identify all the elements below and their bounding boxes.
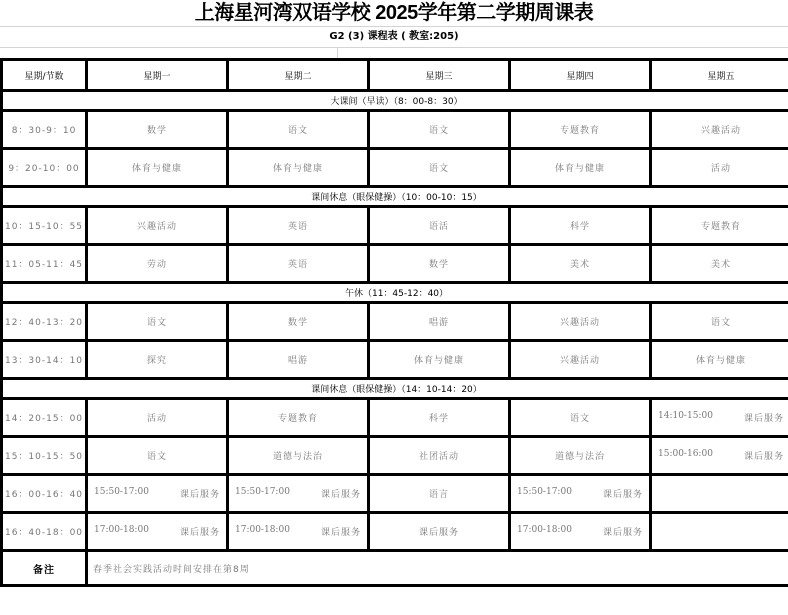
period-time: 15：10-15：50 [2, 437, 87, 475]
after-school-label: 课后服务 [321, 525, 361, 538]
after-school-time: 15:50-17:00 [94, 487, 149, 497]
class-cell: 活动 [651, 149, 788, 187]
break-row: 午休（11：45-12：40） [2, 283, 788, 303]
class-cell: 体育与健康 [228, 149, 369, 187]
class-cell: 语文 [369, 111, 510, 149]
after-school-cell: 17:00-18:00 课后服务 [228, 513, 369, 551]
period-row: 16：00-16：40 15:50-17:00 课后服务 15:50-17:00… [2, 475, 788, 513]
timetable: 星期/节数 星期一 星期二 星期三 星期四 星期五 大课间（早读）（8：00-8… [0, 58, 788, 587]
class-cell: 语言 [369, 475, 510, 513]
day-header-thu: 星期四 [510, 60, 651, 91]
empty-cell [651, 475, 788, 513]
class-cell: 语文 [87, 437, 228, 475]
class-cell: 道德与法治 [510, 437, 651, 475]
period-time: 8：30-9：10 [2, 111, 87, 149]
break-row: 课间休息（眼保健操）（14：10-14：20） [2, 379, 788, 399]
class-cell: 探究 [87, 341, 228, 379]
class-cell: 语文 [510, 399, 651, 437]
period-time: 10：15-10：55 [2, 207, 87, 245]
class-cell: 数学 [369, 245, 510, 283]
period-row: 11：05-11：45 劳动 英语 数学 美术 美术 [2, 245, 788, 283]
day-header-wed: 星期三 [369, 60, 510, 91]
after-school-label: 课后服务 [180, 487, 220, 500]
notes-text: 春季社会实践活动时间安排在第8周 [87, 551, 788, 586]
after-school-time: 17:00-18:00 [94, 525, 149, 535]
after-school-cell: 15:50-17:00 课后服务 [87, 475, 228, 513]
notes-label: 备注 [2, 551, 87, 586]
class-cell: 兴趣活动 [651, 111, 788, 149]
period-row: 12：40-13：20 语文 数学 唱游 兴趣活动 语文 [2, 303, 788, 341]
after-school-cell: 15:00-16:00 课后服务 [651, 437, 788, 475]
class-cell: 体育与健康 [651, 341, 788, 379]
after-school-time: 15:00-16:00 [658, 449, 713, 459]
after-school-cell: 17:00-18:00 课后服务 [510, 513, 651, 551]
after-school-cell: 14:10-15:00 课后服务 [651, 399, 788, 437]
class-cell: 兴趣活动 [510, 303, 651, 341]
class-cell: 体育与健康 [369, 341, 510, 379]
period-row: 15：10-15：50 语文 道德与法治 社团活动 道德与法治 15:00-16… [2, 437, 788, 475]
class-cell: 劳动 [87, 245, 228, 283]
class-cell: 语文 [87, 303, 228, 341]
period-time: 12：40-13：20 [2, 303, 87, 341]
class-cell: 活动 [87, 399, 228, 437]
class-cell: 数学 [87, 111, 228, 149]
class-cell: 美术 [651, 245, 788, 283]
after-school-label: 课后服务 [744, 449, 784, 462]
class-cell: 数学 [228, 303, 369, 341]
class-cell: 美术 [510, 245, 651, 283]
after-school-time: 17:00-18:00 [517, 525, 572, 535]
class-cell: 兴趣活动 [87, 207, 228, 245]
after-school-cell: 15:50-17:00 课后服务 [510, 475, 651, 513]
class-cell: 语文 [369, 149, 510, 187]
break-eye-exercise-2: 课间休息（眼保健操）（14：10-14：20） [2, 379, 788, 399]
class-cell: 语活 [369, 207, 510, 245]
period-row: 13：30-14：10 探究 唱游 体育与健康 兴趣活动 体育与健康 [2, 341, 788, 379]
after-school-time: 15:50-17:00 [517, 487, 572, 497]
class-cell: 体育与健康 [87, 149, 228, 187]
after-school-cell: 17:00-18:00 课后服务 [87, 513, 228, 551]
after-school-label: 课后服务 [180, 525, 220, 538]
class-cell: 课后服务 [369, 513, 510, 551]
class-cell: 体育与健康 [510, 149, 651, 187]
period-row: 8：30-9：10 数学 语文 语文 专题教育 兴趣活动 [2, 111, 788, 149]
day-header-mon: 星期一 [87, 60, 228, 91]
class-cell: 道德与法治 [228, 437, 369, 475]
class-cell: 专题教育 [510, 111, 651, 149]
corner-header: 星期/节数 [2, 60, 87, 91]
class-cell: 唱游 [228, 341, 369, 379]
after-school-label: 课后服务 [603, 487, 643, 500]
class-cell: 兴趣活动 [510, 341, 651, 379]
period-time: 16：40-18：00 [2, 513, 87, 551]
class-cell: 唱游 [369, 303, 510, 341]
period-row: 14：20-15：00 活动 专题教育 科学 语文 14:10-15:00 课后… [2, 399, 788, 437]
class-cell: 语文 [651, 303, 788, 341]
after-school-time: 17:00-18:00 [235, 525, 290, 535]
class-cell: 科学 [369, 399, 510, 437]
day-header-tue: 星期二 [228, 60, 369, 91]
break-row: 大课间（早读）（8：00-8：30） [2, 91, 788, 111]
class-cell: 专题教育 [651, 207, 788, 245]
class-cell: 专题教育 [228, 399, 369, 437]
after-school-cell: 15:50-17:00 课后服务 [228, 475, 369, 513]
after-school-label: 课后服务 [744, 411, 784, 424]
class-subtitle: G2 (3) 课程表 ( 教室:205) [0, 27, 788, 47]
period-time: 16：00-16：40 [2, 475, 87, 513]
period-time: 13：30-14：10 [2, 341, 87, 379]
class-cell: 社团活动 [369, 437, 510, 475]
after-school-time: 15:50-17:00 [235, 487, 290, 497]
period-row: 9：20-10：00 体育与健康 体育与健康 语文 体育与健康 活动 [2, 149, 788, 187]
period-row: 16：40-18：00 17:00-18:00 课后服务 17:00-18:00… [2, 513, 788, 551]
after-school-time: 14:10-15:00 [658, 411, 713, 421]
break-morning: 大课间（早读）（8：00-8：30） [2, 91, 788, 111]
class-cell: 英语 [228, 207, 369, 245]
header-row: 星期/节数 星期一 星期二 星期三 星期四 星期五 [2, 60, 788, 91]
class-cell: 语文 [228, 111, 369, 149]
divider [0, 47, 788, 48]
day-header-fri: 星期五 [651, 60, 788, 91]
period-row: 10：15-10：55 兴趣活动 英语 语活 科学 专题教育 [2, 207, 788, 245]
break-lunch: 午休（11：45-12：40） [2, 283, 788, 303]
page-title: 上海星河湾双语学校 2025学年第二学期周课表 [0, 0, 788, 26]
empty-cell [651, 513, 788, 551]
break-row: 课间休息（眼保健操）（10：00-10：15） [2, 187, 788, 207]
period-time: 14：20-15：00 [2, 399, 87, 437]
class-cell: 英语 [228, 245, 369, 283]
after-school-label: 课后服务 [603, 525, 643, 538]
class-cell: 科学 [510, 207, 651, 245]
notes-row: 备注 春季社会实践活动时间安排在第8周 [2, 551, 788, 586]
after-school-label: 课后服务 [321, 487, 361, 500]
period-time: 9：20-10：00 [2, 149, 87, 187]
break-eye-exercise-1: 课间休息（眼保健操）（10：00-10：15） [2, 187, 788, 207]
period-time: 11：05-11：45 [2, 245, 87, 283]
